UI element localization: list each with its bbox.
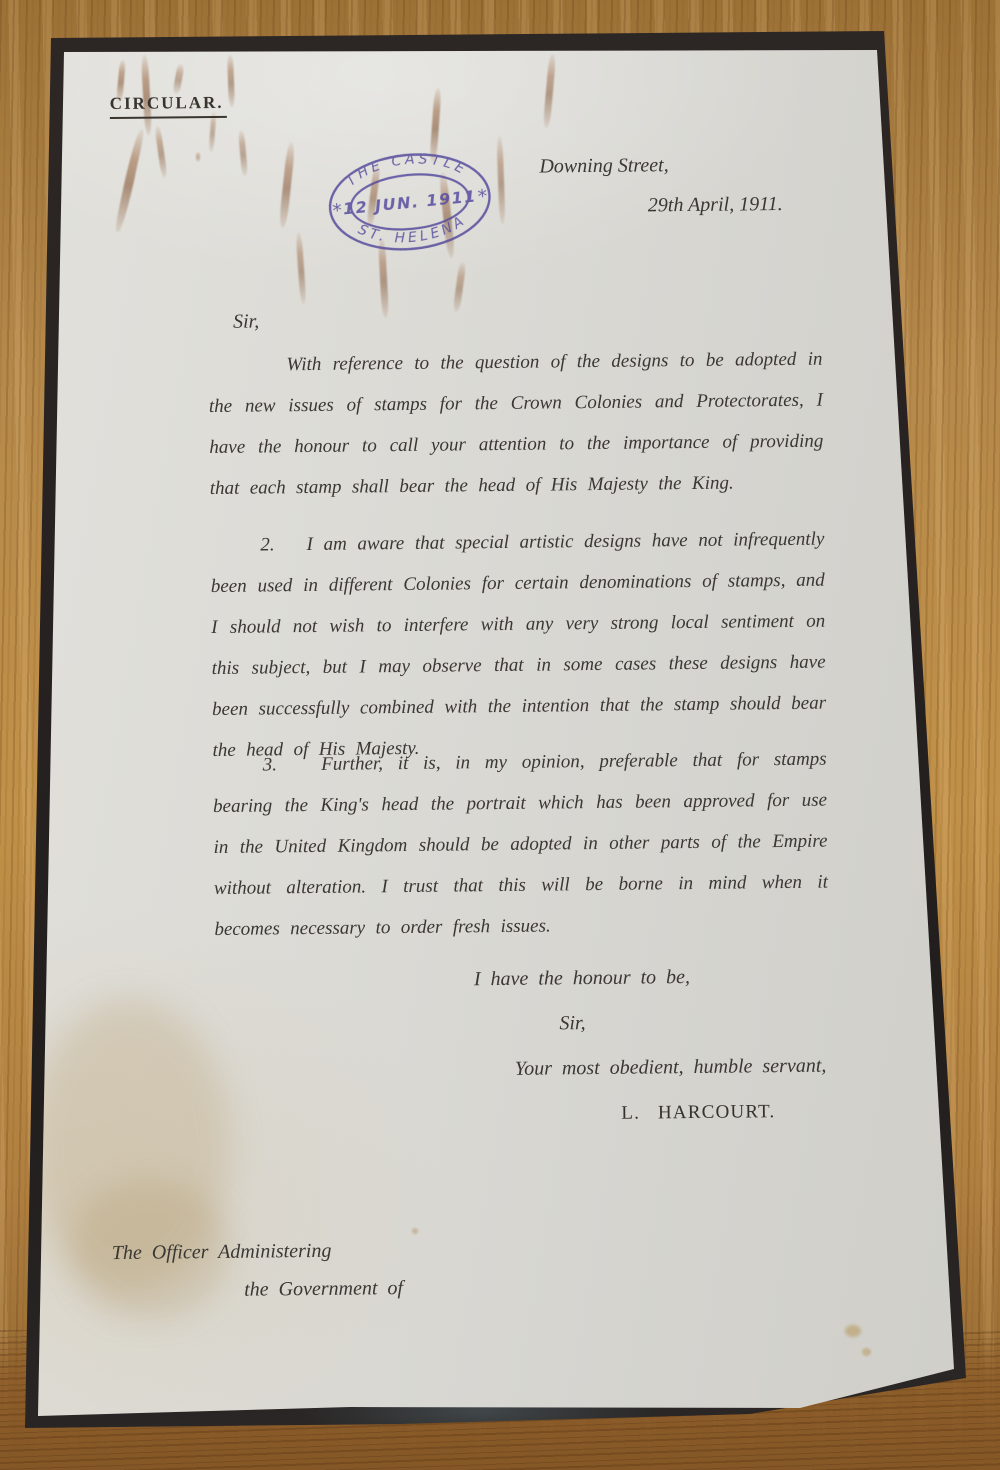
stamp-top-textpath: THE CASTLE <box>341 146 471 191</box>
paragraph-2: 2. I am aware that special artistic desi… <box>210 519 827 771</box>
addressee-line-1: The Officer Administering <box>112 1240 332 1265</box>
postmark-ovals: THE CASTLE ST. HELENA 12 JUN. 1911 * * <box>320 143 499 261</box>
valediction-line-2: Sir, <box>559 1012 585 1035</box>
addressee-line-2: the Government of <box>244 1277 403 1302</box>
signature: L. HARCOURT. <box>621 1101 775 1125</box>
postmark-stamp: THE CASTLE ST. HELENA 12 JUN. 1911 * * <box>320 143 499 261</box>
circular-heading: CIRCULAR. <box>110 93 227 119</box>
stamp-top-text: THE CASTLE <box>341 146 471 191</box>
sender-address: Downing Street, <box>539 154 668 178</box>
valediction-line-3: Your most obedient, humble servant, <box>515 1055 827 1081</box>
salutation: Sir, <box>233 311 259 334</box>
paragraph-3: 3. Further, it is, in my opinion, prefer… <box>212 739 828 950</box>
letter-date: 29th April, 1911. <box>648 193 783 217</box>
paragraph-1: With reference to the question of the de… <box>208 339 824 509</box>
stamp-star-left: * <box>332 200 344 223</box>
letter-content: CIRCULAR. THE CASTLE ST. HELENA 12 JUN. … <box>0 0 1000 1470</box>
valediction-line-1: I have the honour to be, <box>474 966 690 991</box>
stamp-star-right: * <box>477 185 489 208</box>
